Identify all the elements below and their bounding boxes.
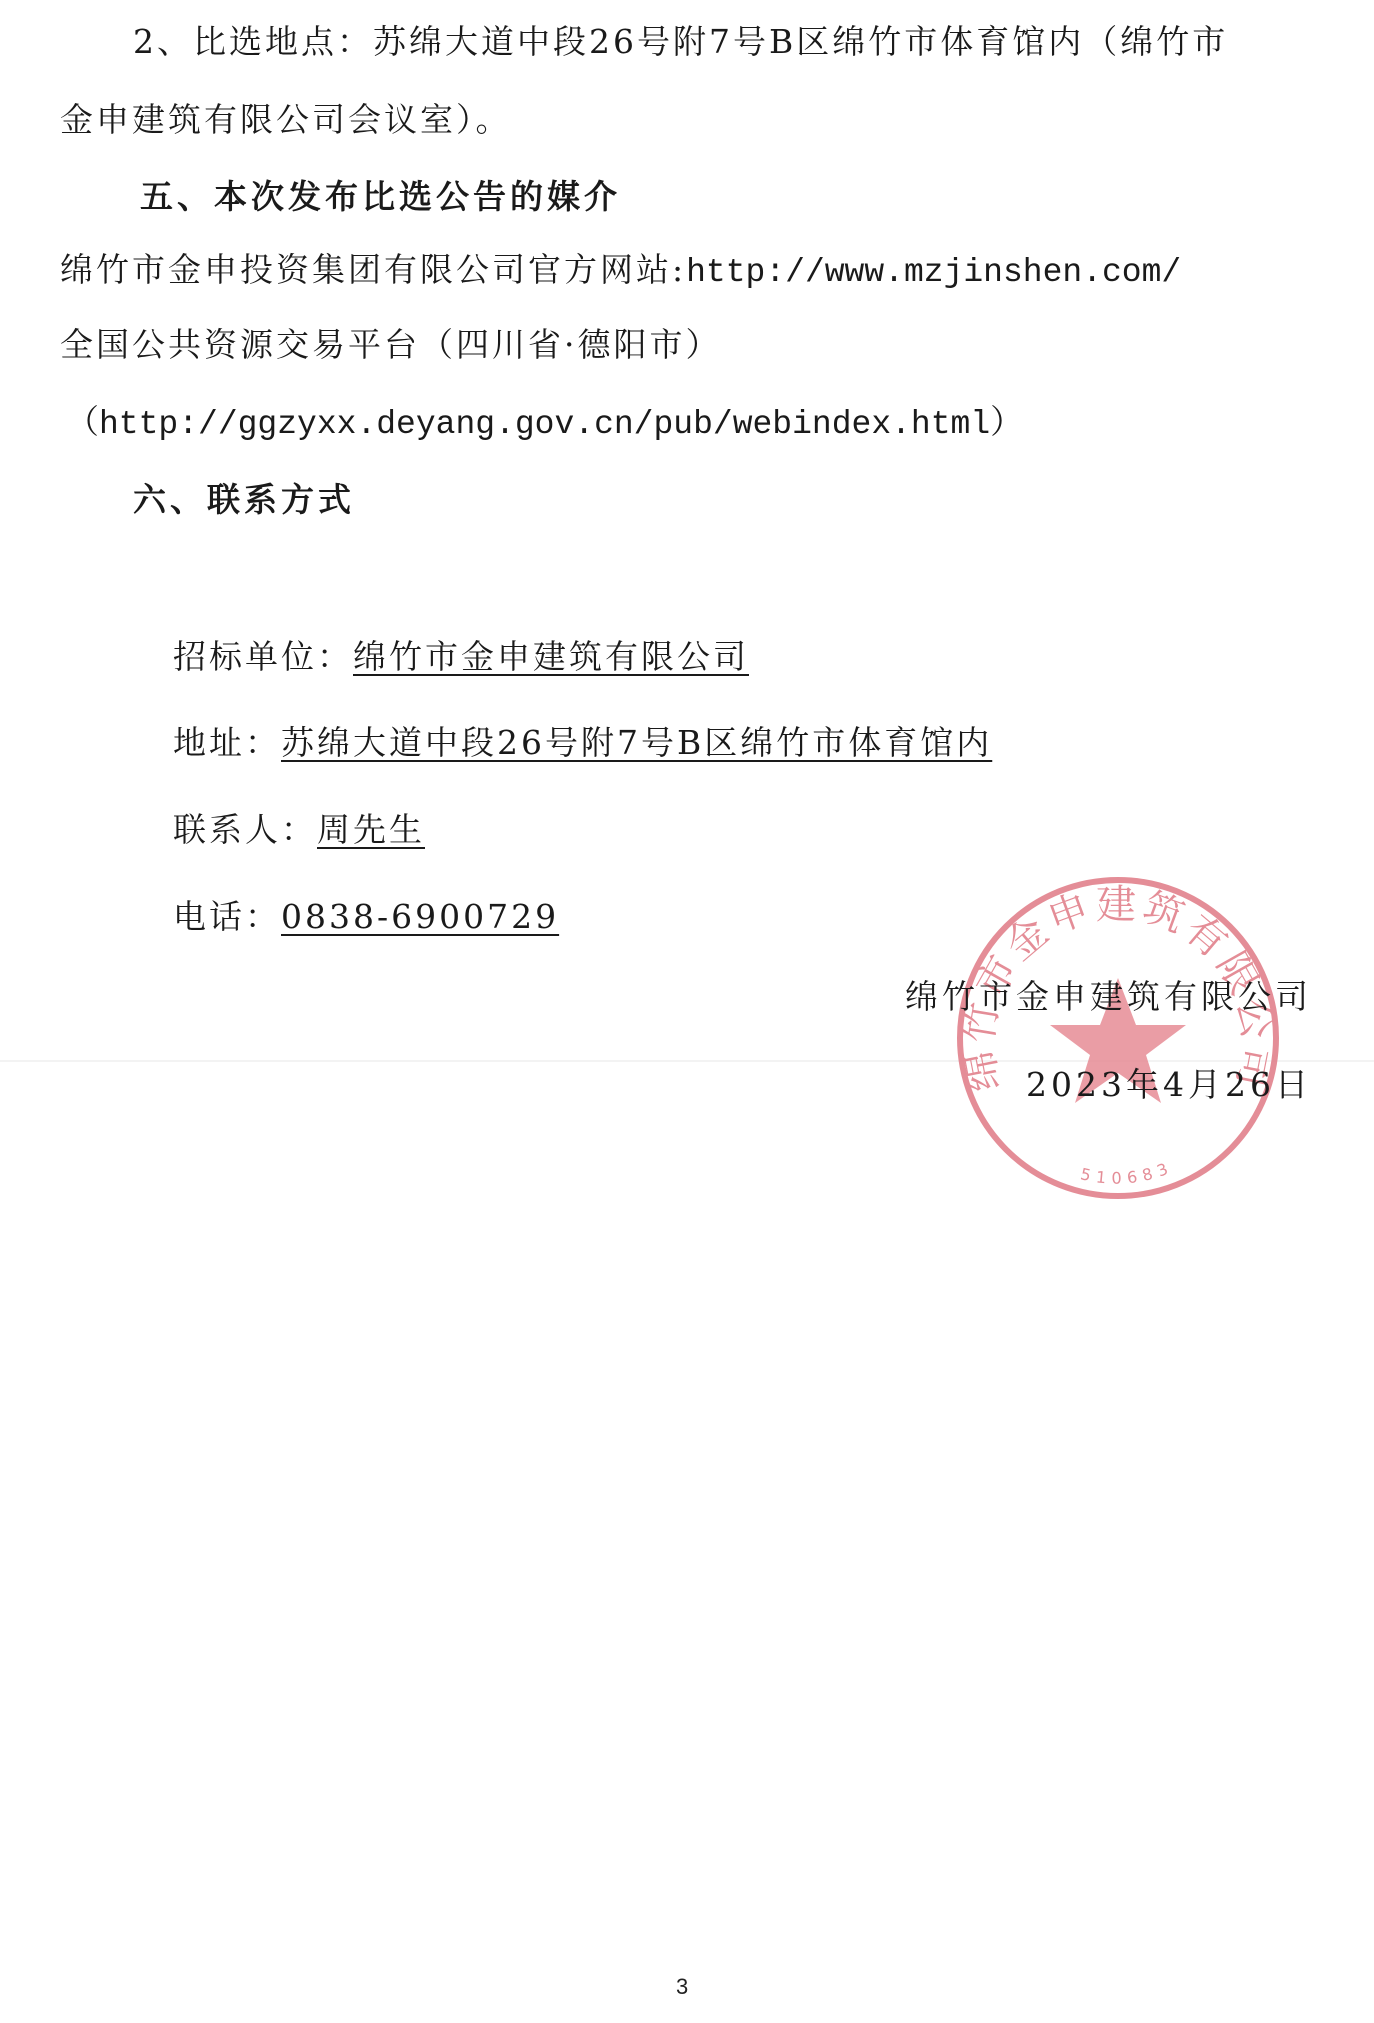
signature-date: 2023年4月26日 (1026, 1065, 1312, 1105)
site2-label: 全国公共资源交易平台（四川省·德阳市） (60, 325, 722, 365)
site1-url-link[interactable]: http://www.mzjinshen.com/ (686, 254, 1181, 291)
site2-url-link[interactable]: （http://ggzyxx.deyang.gov.cn/pub/webinde… (66, 405, 1023, 445)
stamp-code-text: 510683 (1079, 1157, 1176, 1188)
site1-line: 绵竹市金申投资集团有限公司官方网站:http://www.mzjinshen.c… (60, 250, 1181, 293)
scan-seam-divider (0, 1060, 1374, 1062)
contact-value-address: 苏绵大道中段26号附7号B区绵竹市体育馆内 (281, 723, 992, 762)
contact-row-address: 地址：苏绵大道中段26号附7号B区绵竹市体育馆内 (173, 723, 992, 763)
signature-company: 绵竹市金申建筑有限公司 (905, 977, 1312, 1017)
contact-label-phone: 电话： (173, 897, 281, 936)
item2-continuation: 金申建筑有限公司会议室）。 (60, 100, 512, 140)
contact-row-unit: 招标单位：绵竹市金申建筑有限公司 (173, 637, 749, 677)
contact-label-unit: 招标单位： (173, 637, 353, 676)
site1-label: 绵竹市金申投资集团有限公司官方网站: (60, 250, 686, 289)
section5-heading: 五、本次发布比选公告的媒介 (140, 177, 621, 217)
svg-text:510683: 510683 (1079, 1157, 1176, 1188)
contact-row-person: 联系人：周先生 (173, 810, 425, 850)
page-number: 3 (676, 1974, 688, 2000)
section6-heading: 六、联系方式 (133, 480, 355, 520)
contact-label-person: 联系人： (173, 810, 317, 849)
contact-row-phone: 电话：0838-6900729 (173, 897, 559, 937)
item2-text: 2、比选地点：苏绵大道中段26号附7号B区绵竹市体育馆内（绵竹市 (133, 22, 1228, 62)
company-seal-stamp-icon: 绵竹市金申建筑有限公司 510683 (953, 873, 1283, 1203)
contact-label-address: 地址： (173, 723, 281, 762)
contact-value-phone[interactable]: 0838-6900729 (281, 897, 559, 936)
contact-value-unit: 绵竹市金申建筑有限公司 (353, 637, 749, 676)
contact-value-person: 周先生 (317, 810, 425, 849)
